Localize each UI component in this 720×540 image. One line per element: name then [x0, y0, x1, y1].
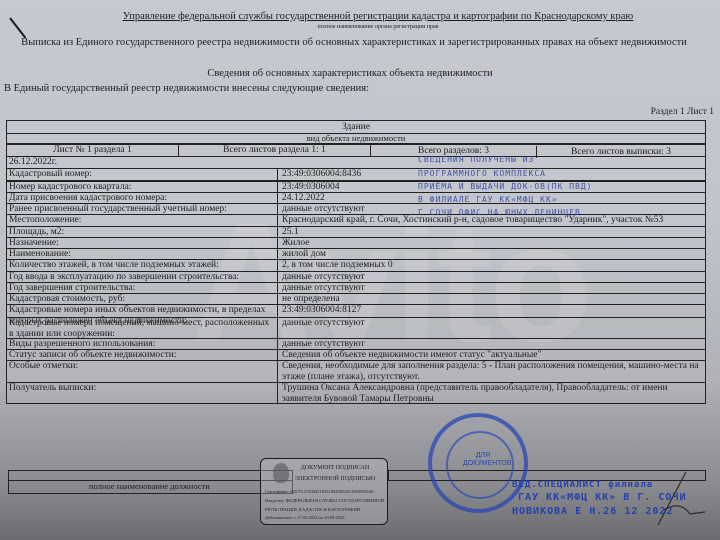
row-label: Местоположение:: [9, 215, 275, 226]
cadastral-number-label: Кадастровый номер:: [9, 169, 275, 180]
signed-line2: ЭЛЕКТРОННОЙ ПОДПИСЬЮ: [271, 476, 399, 482]
row-value: 23:49:0306004:8127: [282, 305, 702, 316]
position-caption: полное наименование должности: [89, 481, 210, 492]
mfc-stamp-line-3: ПРИЁМА И ВЫДАЧИ ДОК-ОВ(ПК ПВД): [418, 182, 593, 191]
e-signature-box: ДОКУМЕНТ ПОДПИСАН ЭЛЕКТРОННОЙ ПОДПИСЬЮ С…: [260, 458, 388, 525]
extract-date: 26.12.2022г.: [9, 157, 275, 168]
cadastral-number-row: Кадастровый номер: 23:49:0306004:8436: [6, 168, 706, 181]
object-type-row: Здание: [6, 120, 706, 134]
mfc-stamp-line-4: В ФИЛИАЛЕ ГАУ КК«МФЦ КК»: [418, 195, 558, 204]
certificate: Сертификат: 6457512740045183310920052813…: [265, 489, 374, 494]
sheet-info-row: Лист № 1 раздела 1 Всего листов раздела …: [6, 143, 706, 157]
mfc-stamp-line-1: СВЕДЕНИЯ ПОЛУЧЕНЫ ИЗ: [418, 155, 534, 164]
object-type: Здание: [7, 122, 705, 133]
seal-center-text: ДЛЯ ДОКУМЕНТОВ: [463, 452, 503, 468]
certify-stamp-line-1: ВЕД.СПЕЦИАЛИСТ филиала: [512, 480, 653, 490]
row-value: 2, в том числе подземных 0: [282, 260, 702, 271]
row-label: Количество этажей, в том числе подземных…: [9, 260, 275, 271]
table-row: Получатель выписки:Трушина Оксана Алекса…: [6, 382, 706, 404]
table-row: Кадастровые номера помещений, машино-мес…: [6, 317, 706, 339]
table-row: Особые отметки:Сведения, необходимые для…: [6, 360, 706, 383]
handwritten-signature: [650, 470, 710, 530]
row-label: Кадастровые номера помещений, машино-мес…: [9, 318, 275, 340]
row-value: Сведения, необходимые для заполнения раз…: [282, 361, 702, 383]
row-label: Особые отметки:: [9, 361, 275, 372]
mfc-stamp-line-2: ПРОГРАММНОГО КОМПЛЕКСА: [418, 169, 546, 178]
mfc-stamp-line-5: Г СОЧИ ОФИС НА ЮНЫХ ЛЕНИНЦЕВ: [418, 208, 581, 217]
extract-title: Выписка из Единого государственного реес…: [0, 37, 714, 48]
intro-text: В Единый государственный реестр недвижим…: [4, 83, 369, 94]
row-value: Трушина Оксана Александровна (представит…: [282, 383, 702, 405]
signed-line1: ДОКУМЕНТ ПОДПИСАН: [271, 465, 399, 471]
section-title: Сведения об основных характеристиках объ…: [0, 68, 710, 79]
certificate-owner-2: РЕГИСТРАЦИИ, КАДАСТРА И КАРТОГРАФИИ: [265, 507, 360, 512]
certificate-owner: Владелец: ФЕДЕРАЛЬНАЯ СЛУЖБА ГОСУДАРСТВЕ…: [265, 498, 384, 503]
certificate-valid: Действителен: с 17.05.2022 по 10.08.2023: [265, 515, 345, 520]
row-label: Получатель выписки:: [9, 383, 275, 394]
table-row: Кадастровые номера иных объектов недвижи…: [6, 304, 706, 318]
agency-caption: полное наименование органа регистрации п…: [18, 24, 720, 30]
agency-name: Управление федеральной службы государств…: [18, 11, 720, 22]
row-value: данные отсутствуют: [282, 318, 702, 329]
sheet-reference: Раздел 1 Лист 1: [651, 107, 714, 117]
footer-position-row: полное наименование должности: [8, 480, 293, 494]
